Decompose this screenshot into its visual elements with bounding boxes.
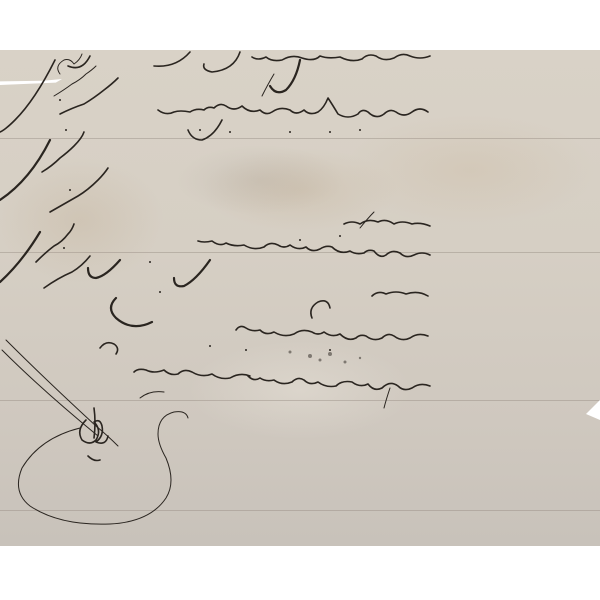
ink-smudge [289,351,362,364]
text-line-4 [111,292,428,351]
text-line-2 [158,74,428,140]
text-line-1 [68,52,430,92]
margin-notes [0,54,118,288]
handwriting-layer [0,0,600,600]
text-line-3 [88,212,430,293]
tughra-signature [2,340,188,524]
text-line-5 [100,343,430,408]
